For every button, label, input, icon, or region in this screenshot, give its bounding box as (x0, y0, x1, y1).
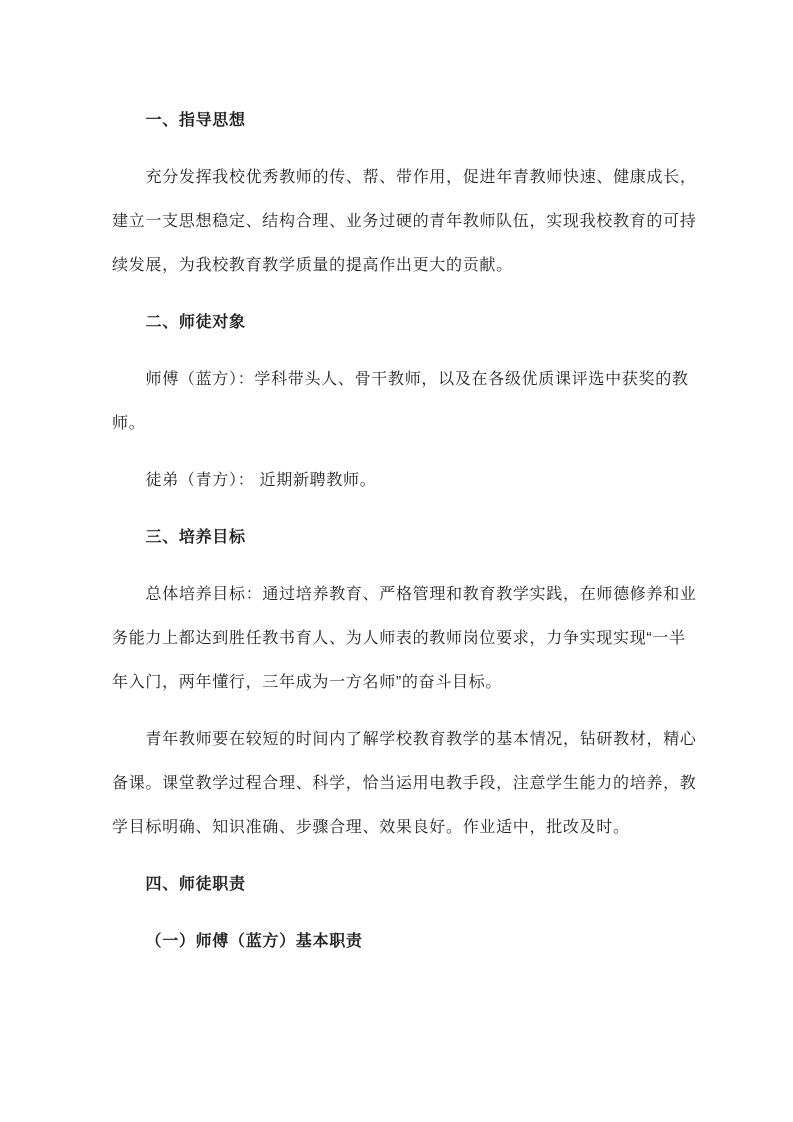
heading-mentor-apprentice-duties: 四、师徒职责 (112, 863, 699, 907)
subheading-mentor-basic-duties: （一）师傅（蓝方）基本职责 (112, 920, 699, 964)
paragraph-guiding-ideology: 充分发挥我校优秀教师的传、帮、带作用，促进年青教师快速、健康成长， 建立一支思想… (112, 156, 699, 288)
paragraph-young-teacher-requirements: 青年教师要在较短的时间内了解学校教育教学的基本情况，钻研教材，精心 备课。课堂教… (112, 718, 699, 850)
heading-guiding-ideology: 一、指导思想 (112, 99, 699, 143)
document-page: 一、指导思想 充分发挥我校优秀教师的传、帮、带作用，促进年青教师快速、健康成长，… (0, 0, 793, 1122)
paragraph-apprentice-definition: 徒弟（青方）： 近期新聘教师。 (112, 459, 699, 503)
paragraph-mentor-definition: 师傅（蓝方）：学科带头人、骨干教师，以及在各级优质课评选中获奖的教 师。 (112, 358, 699, 446)
paragraph-overall-training-goal: 总体培养目标：通过培养教育、严格管理和教育教学实践，在师德修养和业 务能力上都达… (112, 573, 699, 705)
heading-mentor-apprentice-targets: 二、师徒对象 (112, 301, 699, 345)
heading-training-goals: 三、培养目标 (112, 516, 699, 560)
